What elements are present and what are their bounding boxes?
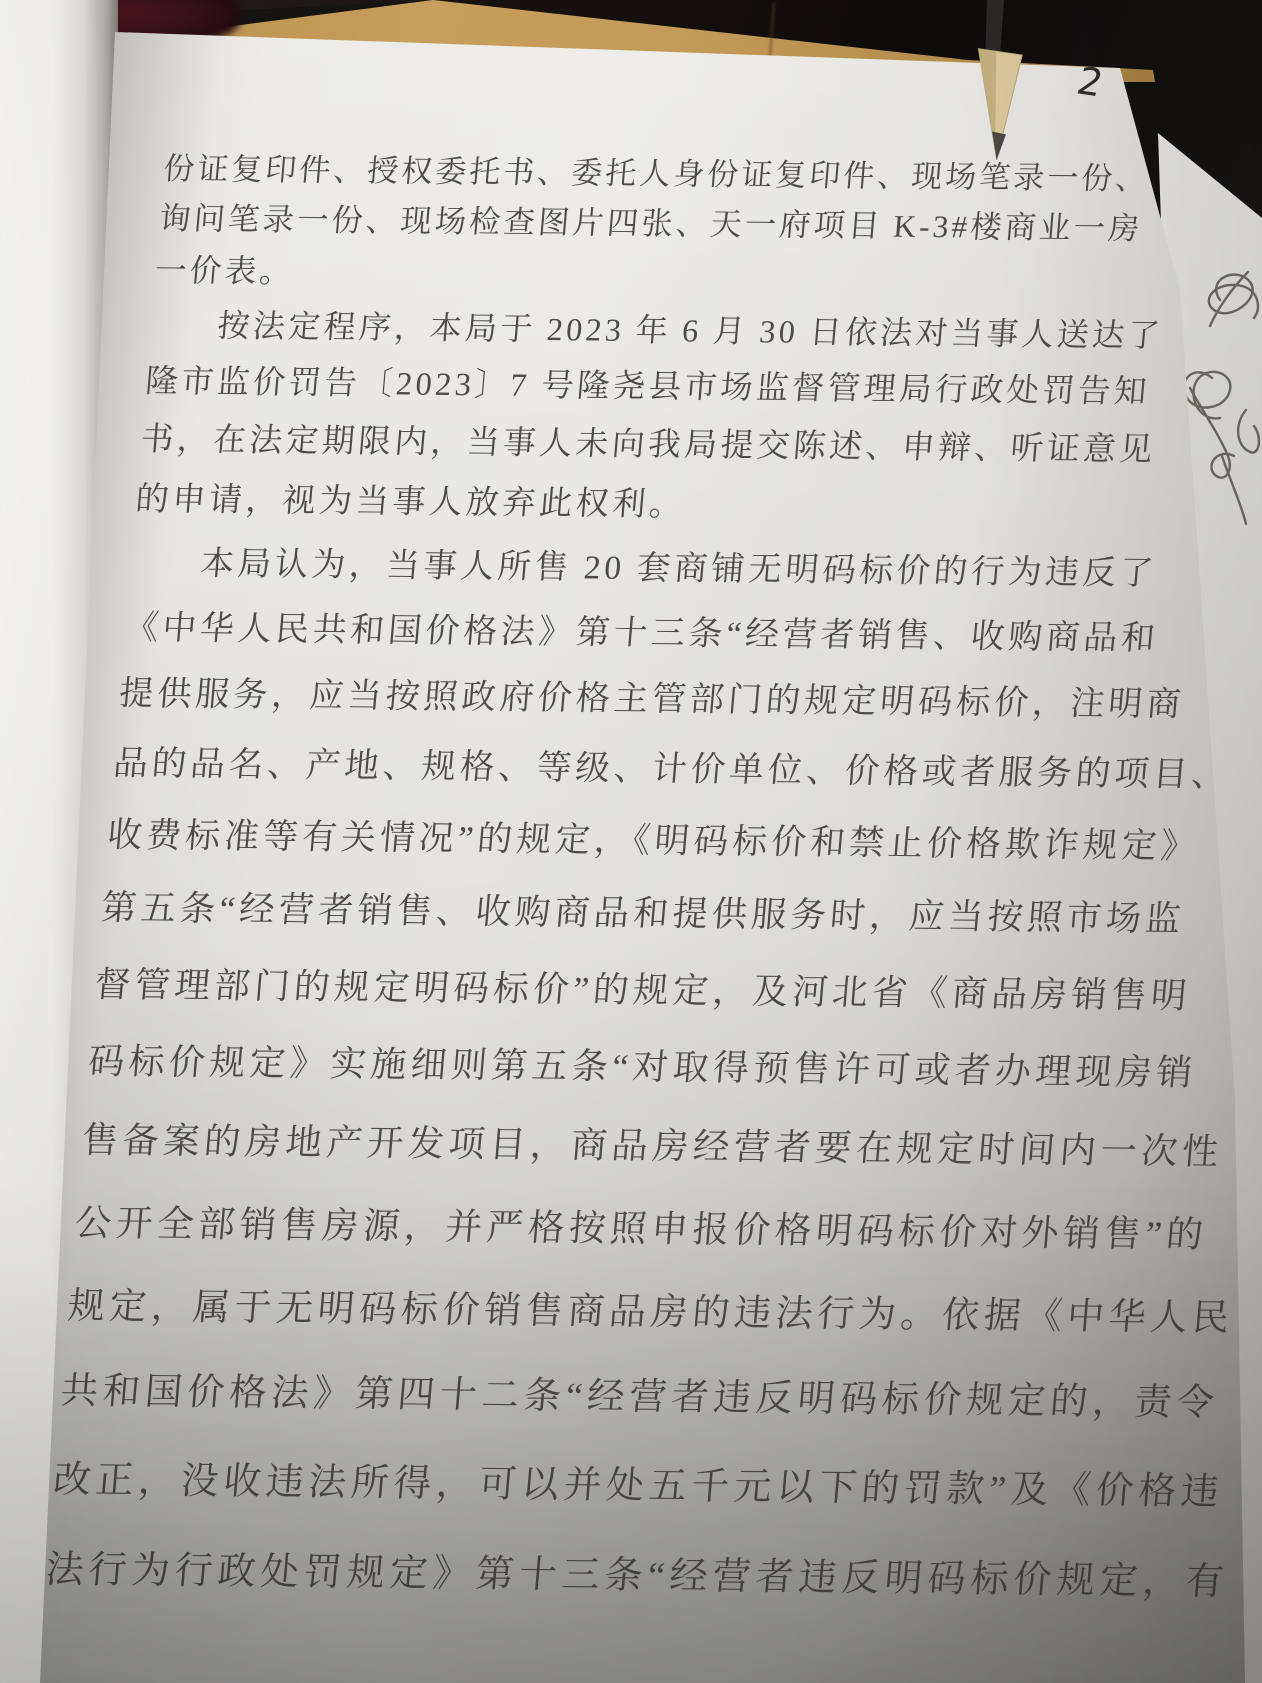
text-line: 规定，属于无明码标价销售商品房的违法行为。依据《中华人民 — [66, 1284, 1130, 1339]
document-text: 份证复印件、授权委托书、委托人身份证复印件、现场笔录一份、询问笔录一份、现场检查… — [40, 150, 1225, 1651]
pencil-icon — [958, 0, 1048, 175]
text-line: 一价表。 — [153, 252, 1216, 301]
pencil-tip — [991, 132, 1006, 161]
text-line: 提供服务，应当按照政府价格主管部门的规定明码标价，注明商 — [117, 675, 1180, 727]
text-line: 的申请，视为当事人放弃此权利。 — [134, 481, 1197, 532]
text-line: 法行为行政处罚规定》第十三条“经营者违反明码标价规定，有 — [44, 1548, 1108, 1605]
text-line: 督管理部门的规定明码标价”的规定，及河北省《商品房销售明 — [93, 963, 1157, 1017]
text-line: 份证复印件、授权委托书、委托人身份证复印件、现场笔录一份、 — [162, 150, 1225, 198]
text-line: 共和国价格法》第四十二条“经营者违反明码标价规定的，责令 — [59, 1370, 1123, 1426]
text-line: 公开全部销售房源，并严格按照申报价格明码标价对外销售”的 — [73, 1201, 1137, 1256]
text-line: 改正，没收违法所得，可以并处五千元以下的罚款”及《价格违 — [51, 1458, 1115, 1514]
text-line: 本局认为，当事人所售 20 套商铺无明码标价的行为违反了 — [129, 544, 1192, 595]
document-page: 2 份证复印件、授权委托书、委托人身份证复印件、现场笔录一份、询问笔录一份、现场… — [30, 0, 1262, 1683]
text-line: 收费标准等有关情况”的规定，《明码标价和禁止价格欺诈规定》 — [106, 815, 1169, 868]
text-line: 按法定程序，本局于 2023 年 6 月 30 日依法对当事人送达了 — [149, 306, 1212, 356]
text-line: 《中华人民共和国价格法》第十三条“经营者销售、收购商品和 — [123, 608, 1186, 660]
text-line: 码标价规定》实施细则第五条“对取得预售许可或者办理现房销 — [87, 1040, 1151, 1094]
text-line: 第五条“经营者销售、收购商品和提供服务时，应当按照市场监 — [100, 888, 1163, 941]
text-line: 询问笔录一份、现场检查图片四张、天一府项目 K-3#楼商业一房 — [158, 200, 1221, 249]
text-line: 书，在法定期限内，当事人未向我局提交陈述、申辩、听证意见 — [139, 421, 1202, 471]
text-line: 隆市监价罚告〔2023〕7 号隆尧县市场监督管理局行政处罚告知 — [144, 362, 1207, 412]
pencil-shaft — [984, 0, 1004, 52]
text-line: 售备案的房地产开发项目，商品房经营者要在规定时间内一次性 — [80, 1119, 1144, 1174]
text-line: 品的品名、产地、规格、等级、计价单位、价格或者服务的项目、 — [112, 744, 1175, 796]
photo-scene: 2 份证复印件、授权委托书、委托人身份证复印件、现场笔录一份、询问笔录一份、现场… — [0, 0, 1262, 1683]
